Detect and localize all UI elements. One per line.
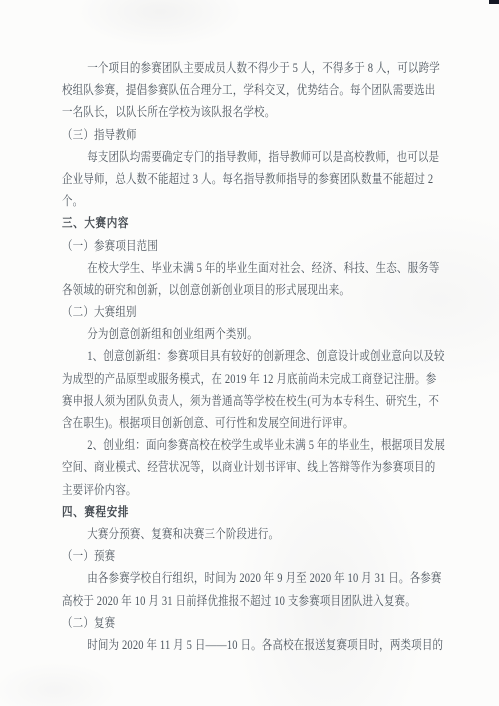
document-body: 一个项目的参赛团队主要成员人数不得少于 5 人，不得多于 8 人，可以跨学校组队… [62,57,444,656]
text-line: 三、大赛内容 [62,212,444,234]
text-line: 时间为 2020 年 11 月 5 日——10 日。各高校在报送复赛项目时，两类… [62,634,444,656]
text-line: 赛申报人须为团队负责人，须为普通高等学校在校生(可为本专科生、研究生，不 [62,390,444,412]
text-line: （一）预赛 [62,545,444,567]
text-line: 每支团队均需要确定专门的指导教师，指导教师可以是高校教师，也可以是 [62,146,444,168]
text-line: 1、创意创新组：参赛项目具有较好的创新理念、创意设计或创业意向以及较 [62,345,444,367]
text-line: 一个项目的参赛团队主要成员人数不得少于 5 人，不得多于 8 人，可以跨学 [62,57,444,79]
text-line: 各领域的研究和创新，以创意创新创业项目的形式展现出来。 [62,279,444,301]
text-line: 校组队参赛，提倡参赛队伍合理分工，学科交叉，优势结合。每个团队需要选出 [62,79,444,101]
text-line: 主要评价内容。 [62,479,444,501]
text-line: （二）复赛 [62,612,444,634]
scan-corner-artifact [489,0,499,4]
text-line: （二）大赛组别 [62,301,444,323]
text-line: 分为创意创新组和创业组两个类别。 [62,323,444,345]
text-line: 个。 [62,190,444,212]
text-line: （三）指导教师 [62,124,444,146]
text-line: 为成型的产品原型或服务模式，在 2019 年 12 月底前尚未完成工商登记注册。… [62,368,444,390]
text-line: 企业导师，总人数不能超过 3 人。每名指导教师指导的参赛团队数量不能超过 2 [62,168,444,190]
text-line: 高校于 2020 年 10 月 31 日前择优推报不超过 10 支参赛项目团队进… [62,590,444,612]
text-line: 含在职生)。根据项目创新创意、可行性和发展空间进行评审。 [62,412,444,434]
text-line: 由各参赛学校自行组织，时间为 2020 年 9 月至 2020 年 10 月 3… [62,567,444,589]
text-line: 四、赛程安排 [62,501,444,523]
text-line: 一名队长，以队长所在学校为该队报名学校。 [62,101,444,123]
text-line: 大赛分预赛、复赛和决赛三个阶段进行。 [62,523,444,545]
text-line: 空间、商业模式、经营状况等，以商业计划书评审、线上答辩等作为参赛项目的 [62,456,444,478]
text-line: （一）参赛项目范围 [62,235,444,257]
text-line: 在校大学生、毕业未满 5 年的毕业生面对社会、经济、科技、生态、服务等 [62,257,444,279]
text-line: 2、创业组：面向参赛高校在校学生或毕业未满 5 年的毕业生，根据项目发展 [62,434,444,456]
scanned-document-page: 一个项目的参赛团队主要成员人数不得少于 5 人，不得多于 8 人，可以跨学校组队… [0,0,499,706]
